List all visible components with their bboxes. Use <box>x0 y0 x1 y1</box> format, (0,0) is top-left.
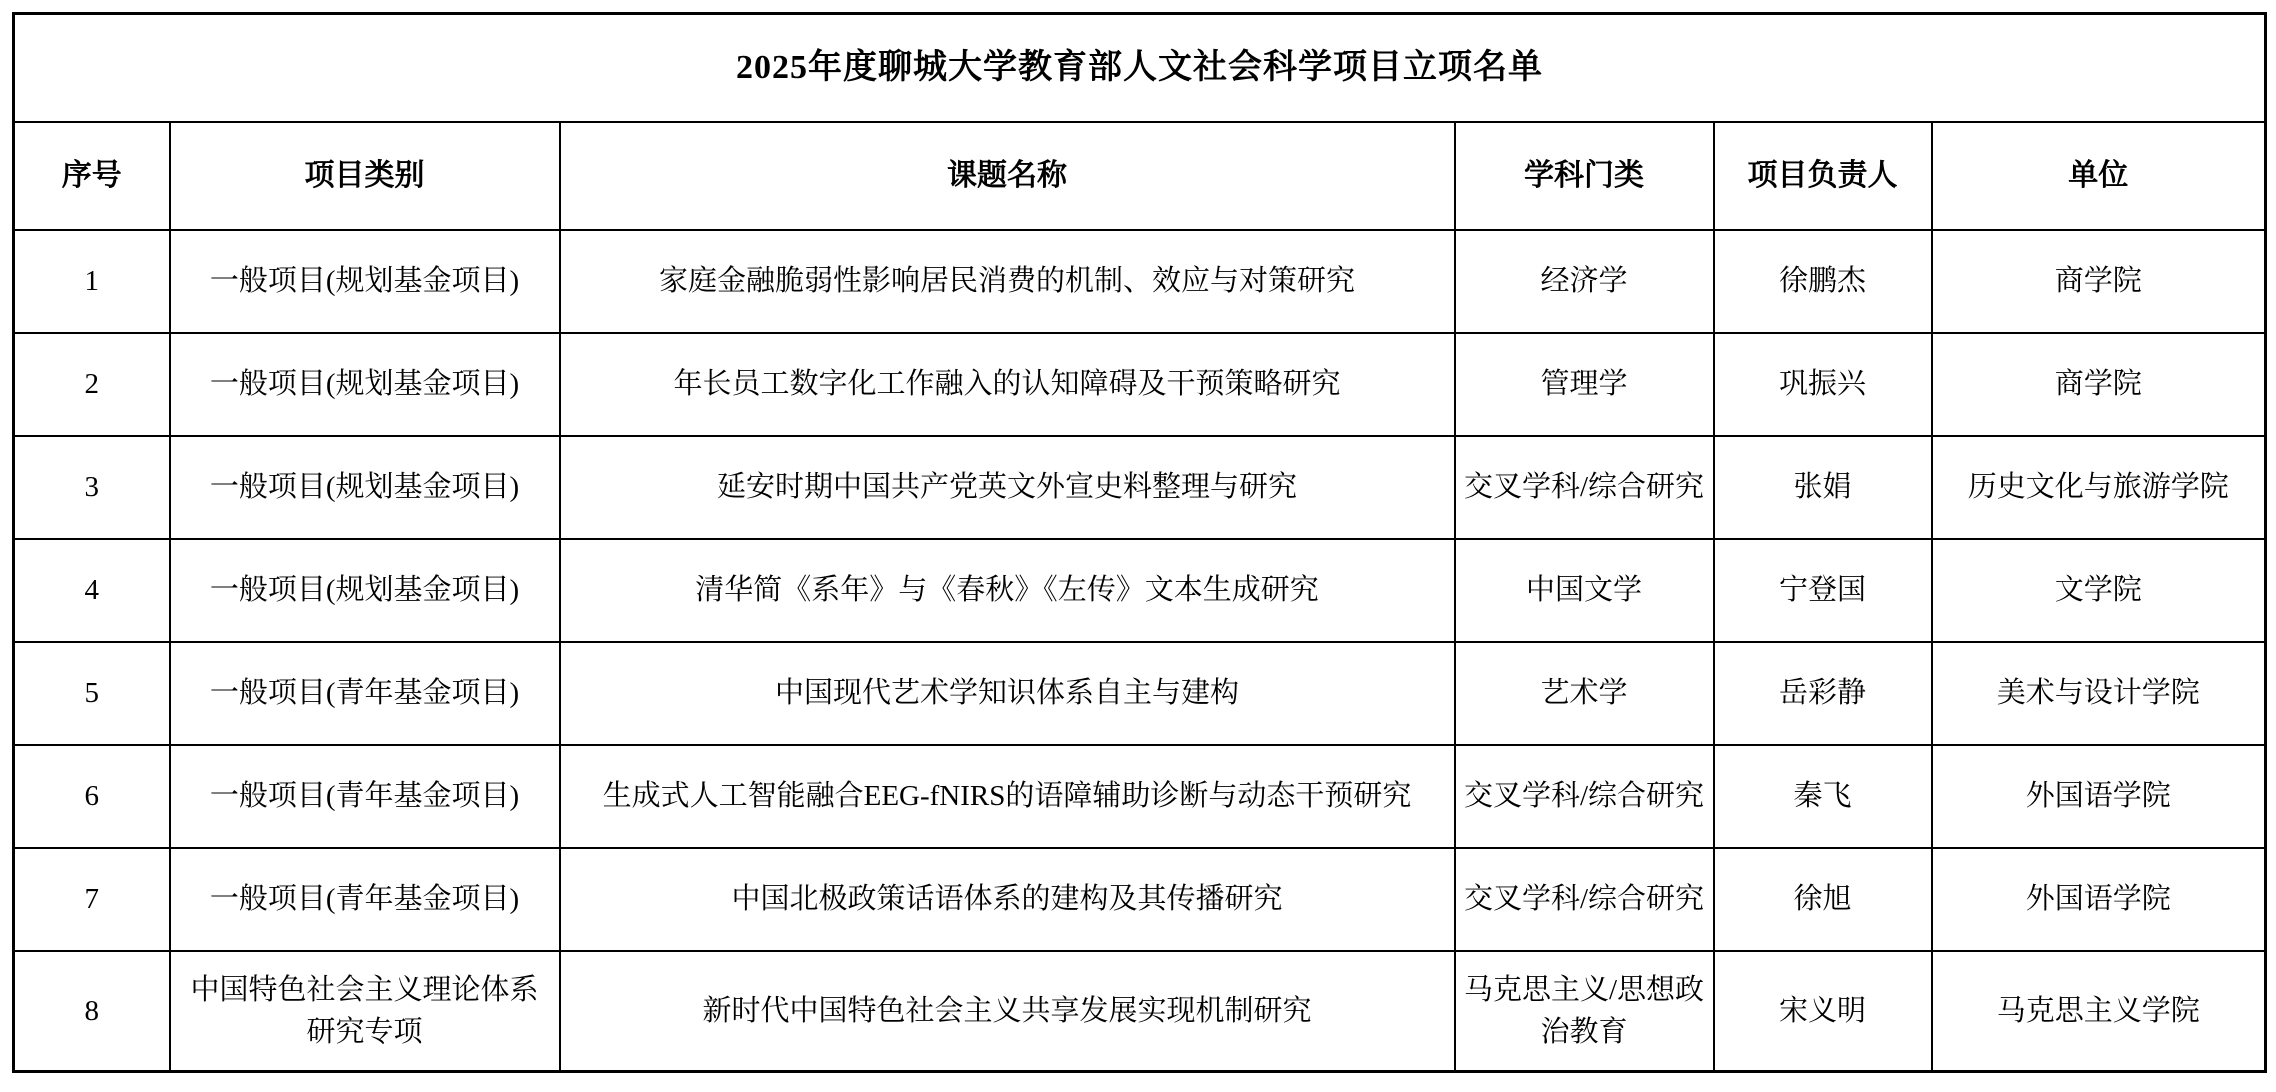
table-row: 7一般项目(青年基金项目)中国北极政策话语体系的建构及其传播研究交叉学科/综合研… <box>14 848 2266 951</box>
table-cell: 中国北极政策话语体系的建构及其传播研究 <box>560 848 1455 951</box>
table-cell: 外国语学院 <box>1932 848 2266 951</box>
column-header: 课题名称 <box>560 122 1455 230</box>
table-cell: 徐鹏杰 <box>1714 230 1932 333</box>
project-approval-table: 2025年度聊城大学教育部人文社会科学项目立项名单 序号项目类别课题名称学科门类… <box>12 12 2267 1073</box>
table-cell: 外国语学院 <box>1932 745 2266 848</box>
table-cell: 一般项目(规划基金项目) <box>170 230 560 333</box>
table-title-row: 2025年度聊城大学教育部人文社会科学项目立项名单 <box>14 14 2266 123</box>
table-cell: 徐旭 <box>1714 848 1932 951</box>
table-cell: 艺术学 <box>1455 642 1714 745</box>
table-cell: 宁登国 <box>1714 539 1932 642</box>
document-page: 2025年度聊城大学教育部人文社会科学项目立项名单 序号项目类别课题名称学科门类… <box>12 12 2267 1073</box>
table-cell: 3 <box>14 436 170 539</box>
table-cell: 5 <box>14 642 170 745</box>
table-row: 8中国特色社会主义理论体系研究专项新时代中国特色社会主义共享发展实现机制研究马克… <box>14 951 2266 1072</box>
table-cell: 管理学 <box>1455 333 1714 436</box>
table-cell: 一般项目(青年基金项目) <box>170 745 560 848</box>
table-row: 3一般项目(规划基金项目)延安时期中国共产党英文外宣史料整理与研究交叉学科/综合… <box>14 436 2266 539</box>
table-cell: 文学院 <box>1932 539 2266 642</box>
table-body: 1一般项目(规划基金项目)家庭金融脆弱性影响居民消费的机制、效应与对策研究经济学… <box>14 230 2266 1072</box>
table-cell: 中国特色社会主义理论体系研究专项 <box>170 951 560 1072</box>
table-cell: 2 <box>14 333 170 436</box>
table-cell: 商学院 <box>1932 333 2266 436</box>
table-row: 4一般项目(规划基金项目)清华简《系年》与《春秋》《左传》文本生成研究中国文学宁… <box>14 539 2266 642</box>
table-cell: 中国文学 <box>1455 539 1714 642</box>
table-cell: 延安时期中国共产党英文外宣史料整理与研究 <box>560 436 1455 539</box>
table-row: 6一般项目(青年基金项目)生成式人工智能融合EEG-fNIRS的语障辅助诊断与动… <box>14 745 2266 848</box>
table-row: 2一般项目(规划基金项目)年长员工数字化工作融入的认知障碍及干预策略研究管理学巩… <box>14 333 2266 436</box>
table-cell: 7 <box>14 848 170 951</box>
column-header: 单位 <box>1932 122 2266 230</box>
table-cell: 秦飞 <box>1714 745 1932 848</box>
table-cell: 一般项目(青年基金项目) <box>170 848 560 951</box>
table-cell: 8 <box>14 951 170 1072</box>
table-cell: 马克思主义/思想政治教育 <box>1455 951 1714 1072</box>
column-header: 序号 <box>14 122 170 230</box>
table-row: 5一般项目(青年基金项目)中国现代艺术学知识体系自主与建构艺术学岳彩静美术与设计… <box>14 642 2266 745</box>
table-cell: 清华简《系年》与《春秋》《左传》文本生成研究 <box>560 539 1455 642</box>
table-cell: 交叉学科/综合研究 <box>1455 848 1714 951</box>
table-cell: 经济学 <box>1455 230 1714 333</box>
table-cell: 年长员工数字化工作融入的认知障碍及干预策略研究 <box>560 333 1455 436</box>
column-header: 项目负责人 <box>1714 122 1932 230</box>
table-cell: 1 <box>14 230 170 333</box>
column-header: 学科门类 <box>1455 122 1714 230</box>
table-cell: 一般项目(规划基金项目) <box>170 436 560 539</box>
table-cell: 4 <box>14 539 170 642</box>
table-cell: 一般项目(青年基金项目) <box>170 642 560 745</box>
column-header: 项目类别 <box>170 122 560 230</box>
table-cell: 马克思主义学院 <box>1932 951 2266 1072</box>
table-cell: 一般项目(规划基金项目) <box>170 539 560 642</box>
table-cell: 新时代中国特色社会主义共享发展实现机制研究 <box>560 951 1455 1072</box>
table-cell: 商学院 <box>1932 230 2266 333</box>
table-cell: 岳彩静 <box>1714 642 1932 745</box>
table-cell: 中国现代艺术学知识体系自主与建构 <box>560 642 1455 745</box>
table-cell: 交叉学科/综合研究 <box>1455 436 1714 539</box>
table-cell: 历史文化与旅游学院 <box>1932 436 2266 539</box>
table-header-row: 序号项目类别课题名称学科门类项目负责人单位 <box>14 122 2266 230</box>
table-cell: 张娟 <box>1714 436 1932 539</box>
table-cell: 巩振兴 <box>1714 333 1932 436</box>
table-cell: 6 <box>14 745 170 848</box>
page-title: 2025年度聊城大学教育部人文社会科学项目立项名单 <box>14 14 2266 123</box>
table-cell: 一般项目(规划基金项目) <box>170 333 560 436</box>
table-cell: 宋义明 <box>1714 951 1932 1072</box>
table-cell: 家庭金融脆弱性影响居民消费的机制、效应与对策研究 <box>560 230 1455 333</box>
table-cell: 美术与设计学院 <box>1932 642 2266 745</box>
table-row: 1一般项目(规划基金项目)家庭金融脆弱性影响居民消费的机制、效应与对策研究经济学… <box>14 230 2266 333</box>
table-cell: 生成式人工智能融合EEG-fNIRS的语障辅助诊断与动态干预研究 <box>560 745 1455 848</box>
table-cell: 交叉学科/综合研究 <box>1455 745 1714 848</box>
